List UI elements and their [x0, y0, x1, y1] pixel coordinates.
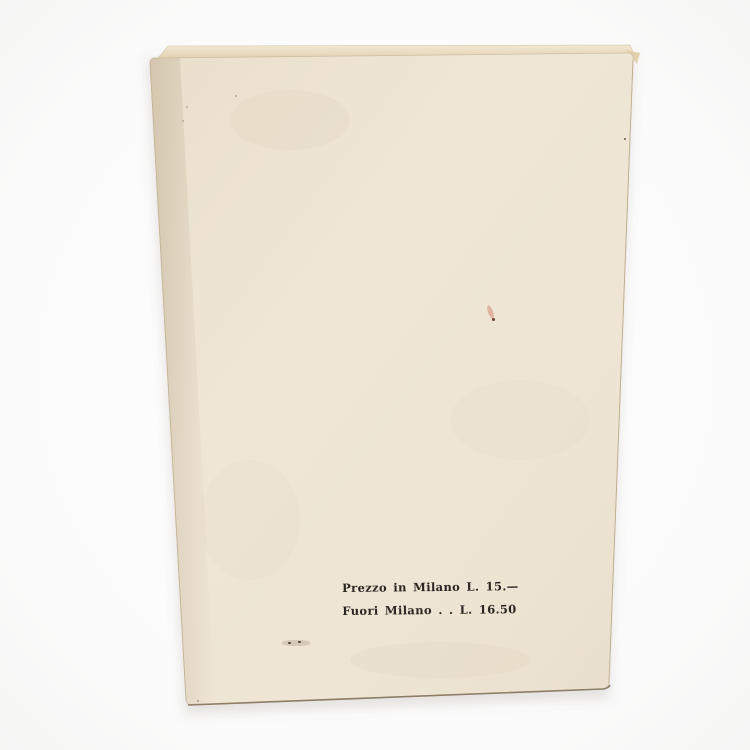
- stain-dot: [492, 318, 495, 321]
- price-outside-milano: Fuori Milano . . L. 16.50: [342, 598, 517, 623]
- speck: [197, 700, 199, 702]
- speck: [186, 106, 188, 108]
- smudge-dot: [288, 642, 291, 644]
- smudge-mark: [282, 640, 310, 646]
- speck: [182, 120, 184, 122]
- speck: [235, 95, 237, 97]
- speck: [624, 138, 626, 140]
- photo-scene: Prezzo in Milano L. 15.— Fuori Milano . …: [0, 0, 750, 750]
- price-block: Prezzo in Milano L. 15.— Fuori Milano . …: [342, 575, 517, 623]
- book-back-cover: [0, 0, 750, 750]
- price-milano: Prezzo in Milano L. 15.—: [342, 575, 517, 600]
- smudge-dot: [298, 641, 301, 643]
